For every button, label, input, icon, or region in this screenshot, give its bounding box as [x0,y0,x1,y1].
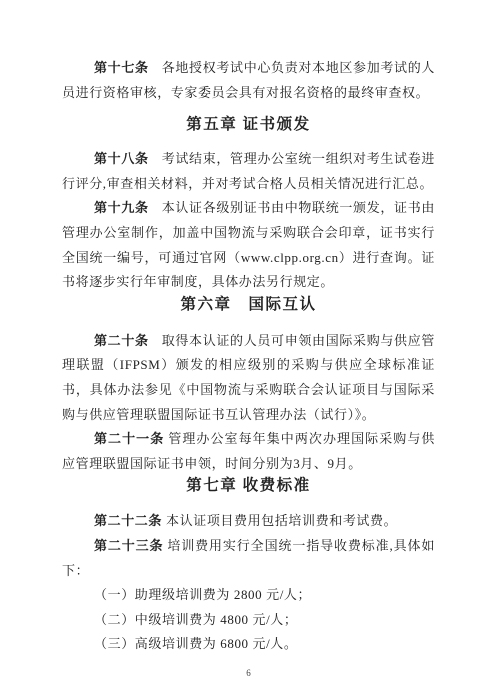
article-17-number: 第十七条 [94,60,149,75]
article-23-number: 第二十三条 [94,538,163,553]
article-23-paragraph: 第二十三条培训费用实行全国统一指导收费标准,具体如下： [62,534,435,583]
chapter-6-heading: 第六章 国际互认 [62,295,435,315]
article-22-text: 本认证项目费用包括培训费和考试费。 [166,513,397,528]
article-22-number: 第二十二条 [94,513,162,528]
fee-item-intermediate-level: （二）中级培训费为 4800 元/人； [62,608,435,633]
article-19-paragraph: 第十九条本认证各级别证书由中物联统一颁发，证书由管理办公室制作，加盖中国物流与采… [62,196,435,294]
article-18-number: 第十八条 [94,151,149,166]
chapter-7-heading: 第七章 收费标准 [62,476,435,496]
article-17-paragraph: 第十七条各地授权考试中心负责对本地区参加考试的人员进行资格审核，专家委员会具有对… [62,56,435,105]
page-number: 6 [62,668,435,678]
article-19-number: 第十九条 [94,200,149,215]
fee-item-senior-level: （三）高级培训费为 6800 元/人。 [62,632,435,657]
chapter-5-heading: 第五章 证书颁发 [62,115,435,135]
document-content: 第十七条各地授权考试中心负责对本地区参加考试的人员进行资格审核，专家委员会具有对… [0,0,495,678]
article-22-paragraph: 第二十二条本认证项目费用包括培训费和考试费。 [62,509,435,534]
article-20-paragraph: 第二十条取得本认证的人员可申领由国际采购与供应管理联盟（IFPSM）颁发的相应级… [62,329,435,427]
article-18-paragraph: 第十八条考试结束，管理办公室统一组织对考生试卷进行评分,审查相关材料，并对考试合… [62,147,435,196]
article-21-number: 第二十一条 [94,431,164,446]
article-20-number: 第二十条 [94,333,149,348]
article-21-paragraph: 第二十一条管理办公室每年集中两次办理国际采购与供应管理联盟国际证书申领，时间分别… [62,427,435,476]
fee-item-assistant-level: （一）助理级培训费为 2800 元/人； [62,583,435,608]
document-page: 第十七条各地授权考试中心负责对本地区参加考试的人员进行资格审核，专家委员会具有对… [0,0,495,700]
